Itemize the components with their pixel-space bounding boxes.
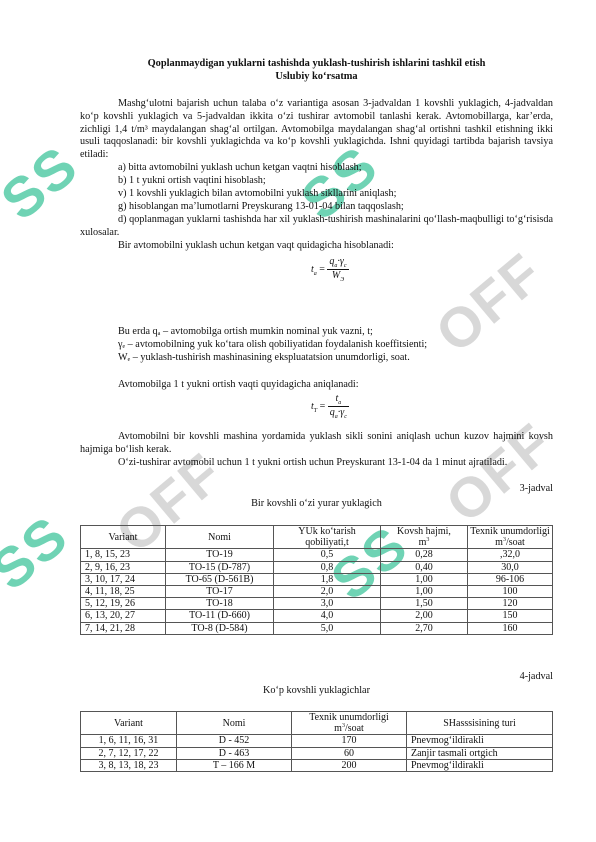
table-cell: 3,0 [274, 598, 381, 610]
table4-caption: Ko‘p kovshli yuklagichlar [80, 685, 553, 696]
table-cell: D - 452 [177, 735, 292, 747]
cycles-paragraph: Avtomobilni bir kovshli mashina yordamid… [80, 431, 553, 457]
table-cell: 7, 14, 21, 28 [81, 622, 166, 634]
step-d: d) qoplanmagan yuklarni tashishda har xi… [80, 214, 553, 240]
step-b: b) 1 t yukni ortish vaqtini hisoblash; [118, 175, 266, 188]
table-row: 2, 7, 12, 17, 22D - 46360Zanjir tasmali … [81, 747, 553, 759]
table-cell: D - 463 [177, 747, 292, 759]
table-cell: 1,00 [381, 586, 468, 598]
table-cell: TO-18 [166, 598, 274, 610]
col-productivity: Texnik unumdorligim3/soat [292, 712, 407, 735]
definition-gamma: γₑ – avtomobilning yuk ko‘tara olish qob… [118, 339, 427, 352]
table-cell: 96-106 [468, 573, 553, 585]
table-cell: 0,8 [274, 561, 381, 573]
table-cell: TO-17 [166, 586, 274, 598]
table-cell: 0,40 [381, 561, 468, 573]
table-header-row: Variant Nomi YUk ko‘tarishqobiliyati,t K… [81, 526, 553, 549]
table-cell: 150 [468, 610, 553, 622]
table-multi-bucket-loaders: Variant Nomi Texnik unumdorligim3/soat S… [80, 711, 553, 772]
table-header-row: Variant Nomi Texnik unumdorligim3/soat S… [81, 712, 553, 735]
col-productivity: Texnik unumdorligim3/soat [468, 526, 553, 549]
table-row: 1, 8, 15, 23TO-190,50,28,32,0 [81, 549, 553, 561]
col-name: Nomi [166, 526, 274, 549]
table-single-bucket-loaders: Variant Nomi YUk ko‘tarishqobiliyati,t K… [80, 525, 553, 635]
table-cell: 4, 11, 18, 25 [81, 586, 166, 598]
table-cell: 5,0 [274, 622, 381, 634]
table-cell: 1,50 [381, 598, 468, 610]
definition-w: Wₑ – yuklash-tushirish mashinasining eks… [118, 352, 410, 365]
col-chassis-type: SHasssisining turi [407, 712, 553, 735]
table-cell: 3, 8, 13, 18, 23 [81, 759, 177, 771]
table-cell: 4,0 [274, 610, 381, 622]
table-cell: TO-15 (D-787) [166, 561, 274, 573]
table-cell: 5, 12, 19, 26 [81, 598, 166, 610]
table-cell: 1,8 [274, 573, 381, 585]
table-cell: 6, 13, 20, 27 [81, 610, 166, 622]
table-row: 1, 6, 11, 16, 31D - 452170Pnevmog‘ildira… [81, 735, 553, 747]
table-cell: 2,0 [274, 586, 381, 598]
table3-caption: Bir kovshli o‘zi yurar yuklagich [80, 498, 553, 509]
step-v: v) 1 kovshli yuklagich bilan avtomobilni… [118, 188, 396, 201]
table-row: 6, 13, 20, 27TO-11 (D-660)4,02,00150 [81, 610, 553, 622]
table-cell: 0,28 [381, 549, 468, 561]
table-cell: 60 [292, 747, 407, 759]
formula2-intro: Avtomobilga 1 t yukni ortish vaqti quyid… [118, 379, 359, 392]
table-cell: 30,0 [468, 561, 553, 573]
table4-label: 4-jadval [520, 671, 553, 682]
table-cell: 2, 9, 16, 23 [81, 561, 166, 573]
step-a: a) bitta avtomobilni yuklash uchun ketga… [118, 162, 362, 175]
table-row: 5, 12, 19, 26TO-183,01,50120 [81, 598, 553, 610]
title-line-1: Qoplanmaydigan yuklarni tashishda yuklas… [80, 57, 553, 70]
table-cell: 200 [292, 759, 407, 771]
formula-time-per-ton: tT = ta qa·γc [311, 393, 349, 420]
table-cell: 170 [292, 735, 407, 747]
step-g: g) hisoblangan ma’lumotlarni Preyskurang… [118, 201, 404, 214]
table-cell: 160 [468, 622, 553, 634]
table-cell: Zanjir tasmali ortgich [407, 747, 553, 759]
col-capacity: YUk ko‘tarishqobiliyati,t [274, 526, 381, 549]
table3-label: 3-jadval [520, 483, 553, 494]
table-cell: T – 166 M [177, 759, 292, 771]
watermark: OFF [423, 240, 555, 366]
table-cell: 1,00 [381, 573, 468, 585]
table-cell: ,32,0 [468, 549, 553, 561]
table-cell: TO-11 (D-660) [166, 610, 274, 622]
intro-paragraph: Mashg‘ulotni bajarish uchun talaba o‘z v… [80, 98, 553, 162]
col-name: Nomi [177, 712, 292, 735]
title-line-2: Uslubiy ko‘rsatma [80, 70, 553, 83]
table-row: 4, 11, 18, 25TO-172,01,00100 [81, 586, 553, 598]
table-cell: 1, 6, 11, 16, 31 [81, 735, 177, 747]
col-variant: Variant [81, 712, 177, 735]
table-row: 2, 9, 16, 23TO-15 (D-787)0,80,4030,0 [81, 561, 553, 573]
watermark: OFF [433, 410, 565, 536]
formula-load-time: ta = qa·γc WЭ [311, 256, 349, 283]
formula1-intro: Bir avtomobilni yuklash uchun ketgan vaq… [80, 240, 553, 253]
document-title: Qoplanmaydigan yuklarni tashishda yuklas… [80, 57, 553, 83]
table-cell: 0,5 [274, 549, 381, 561]
watermark: SS [0, 502, 80, 602]
table-cell: Pnevmog‘ildirakli [407, 759, 553, 771]
table-cell: TO-19 [166, 549, 274, 561]
definition-q: Bu erda qₐ – avtomobilga ortish mumkin n… [118, 326, 373, 339]
table-row: 3, 8, 13, 18, 23T – 166 M200Pnevmog‘ildi… [81, 759, 553, 771]
table-cell: 1, 8, 15, 23 [81, 549, 166, 561]
table-cell: TO-8 (D-584) [166, 622, 274, 634]
price-paragraph: O‘zi-tushirar avtomobil uchun 1 t yukni … [80, 457, 553, 470]
table-cell: 2,70 [381, 622, 468, 634]
col-variant: Variant [81, 526, 166, 549]
table-cell: 3, 10, 17, 24 [81, 573, 166, 585]
col-bucket-volume: Kovsh hajmi,m3 [381, 526, 468, 549]
table-cell: 100 [468, 586, 553, 598]
table-cell: 2, 7, 12, 17, 22 [81, 747, 177, 759]
table-cell: TO-65 (D-561B) [166, 573, 274, 585]
table-row: 7, 14, 21, 28TO-8 (D-584)5,02,70160 [81, 622, 553, 634]
table-cell: 120 [468, 598, 553, 610]
table-row: 3, 10, 17, 24TO-65 (D-561B)1,81,0096-106 [81, 573, 553, 585]
watermark: SS [0, 132, 90, 232]
table-cell: Pnevmog‘ildirakli [407, 735, 553, 747]
table-cell: 2,00 [381, 610, 468, 622]
